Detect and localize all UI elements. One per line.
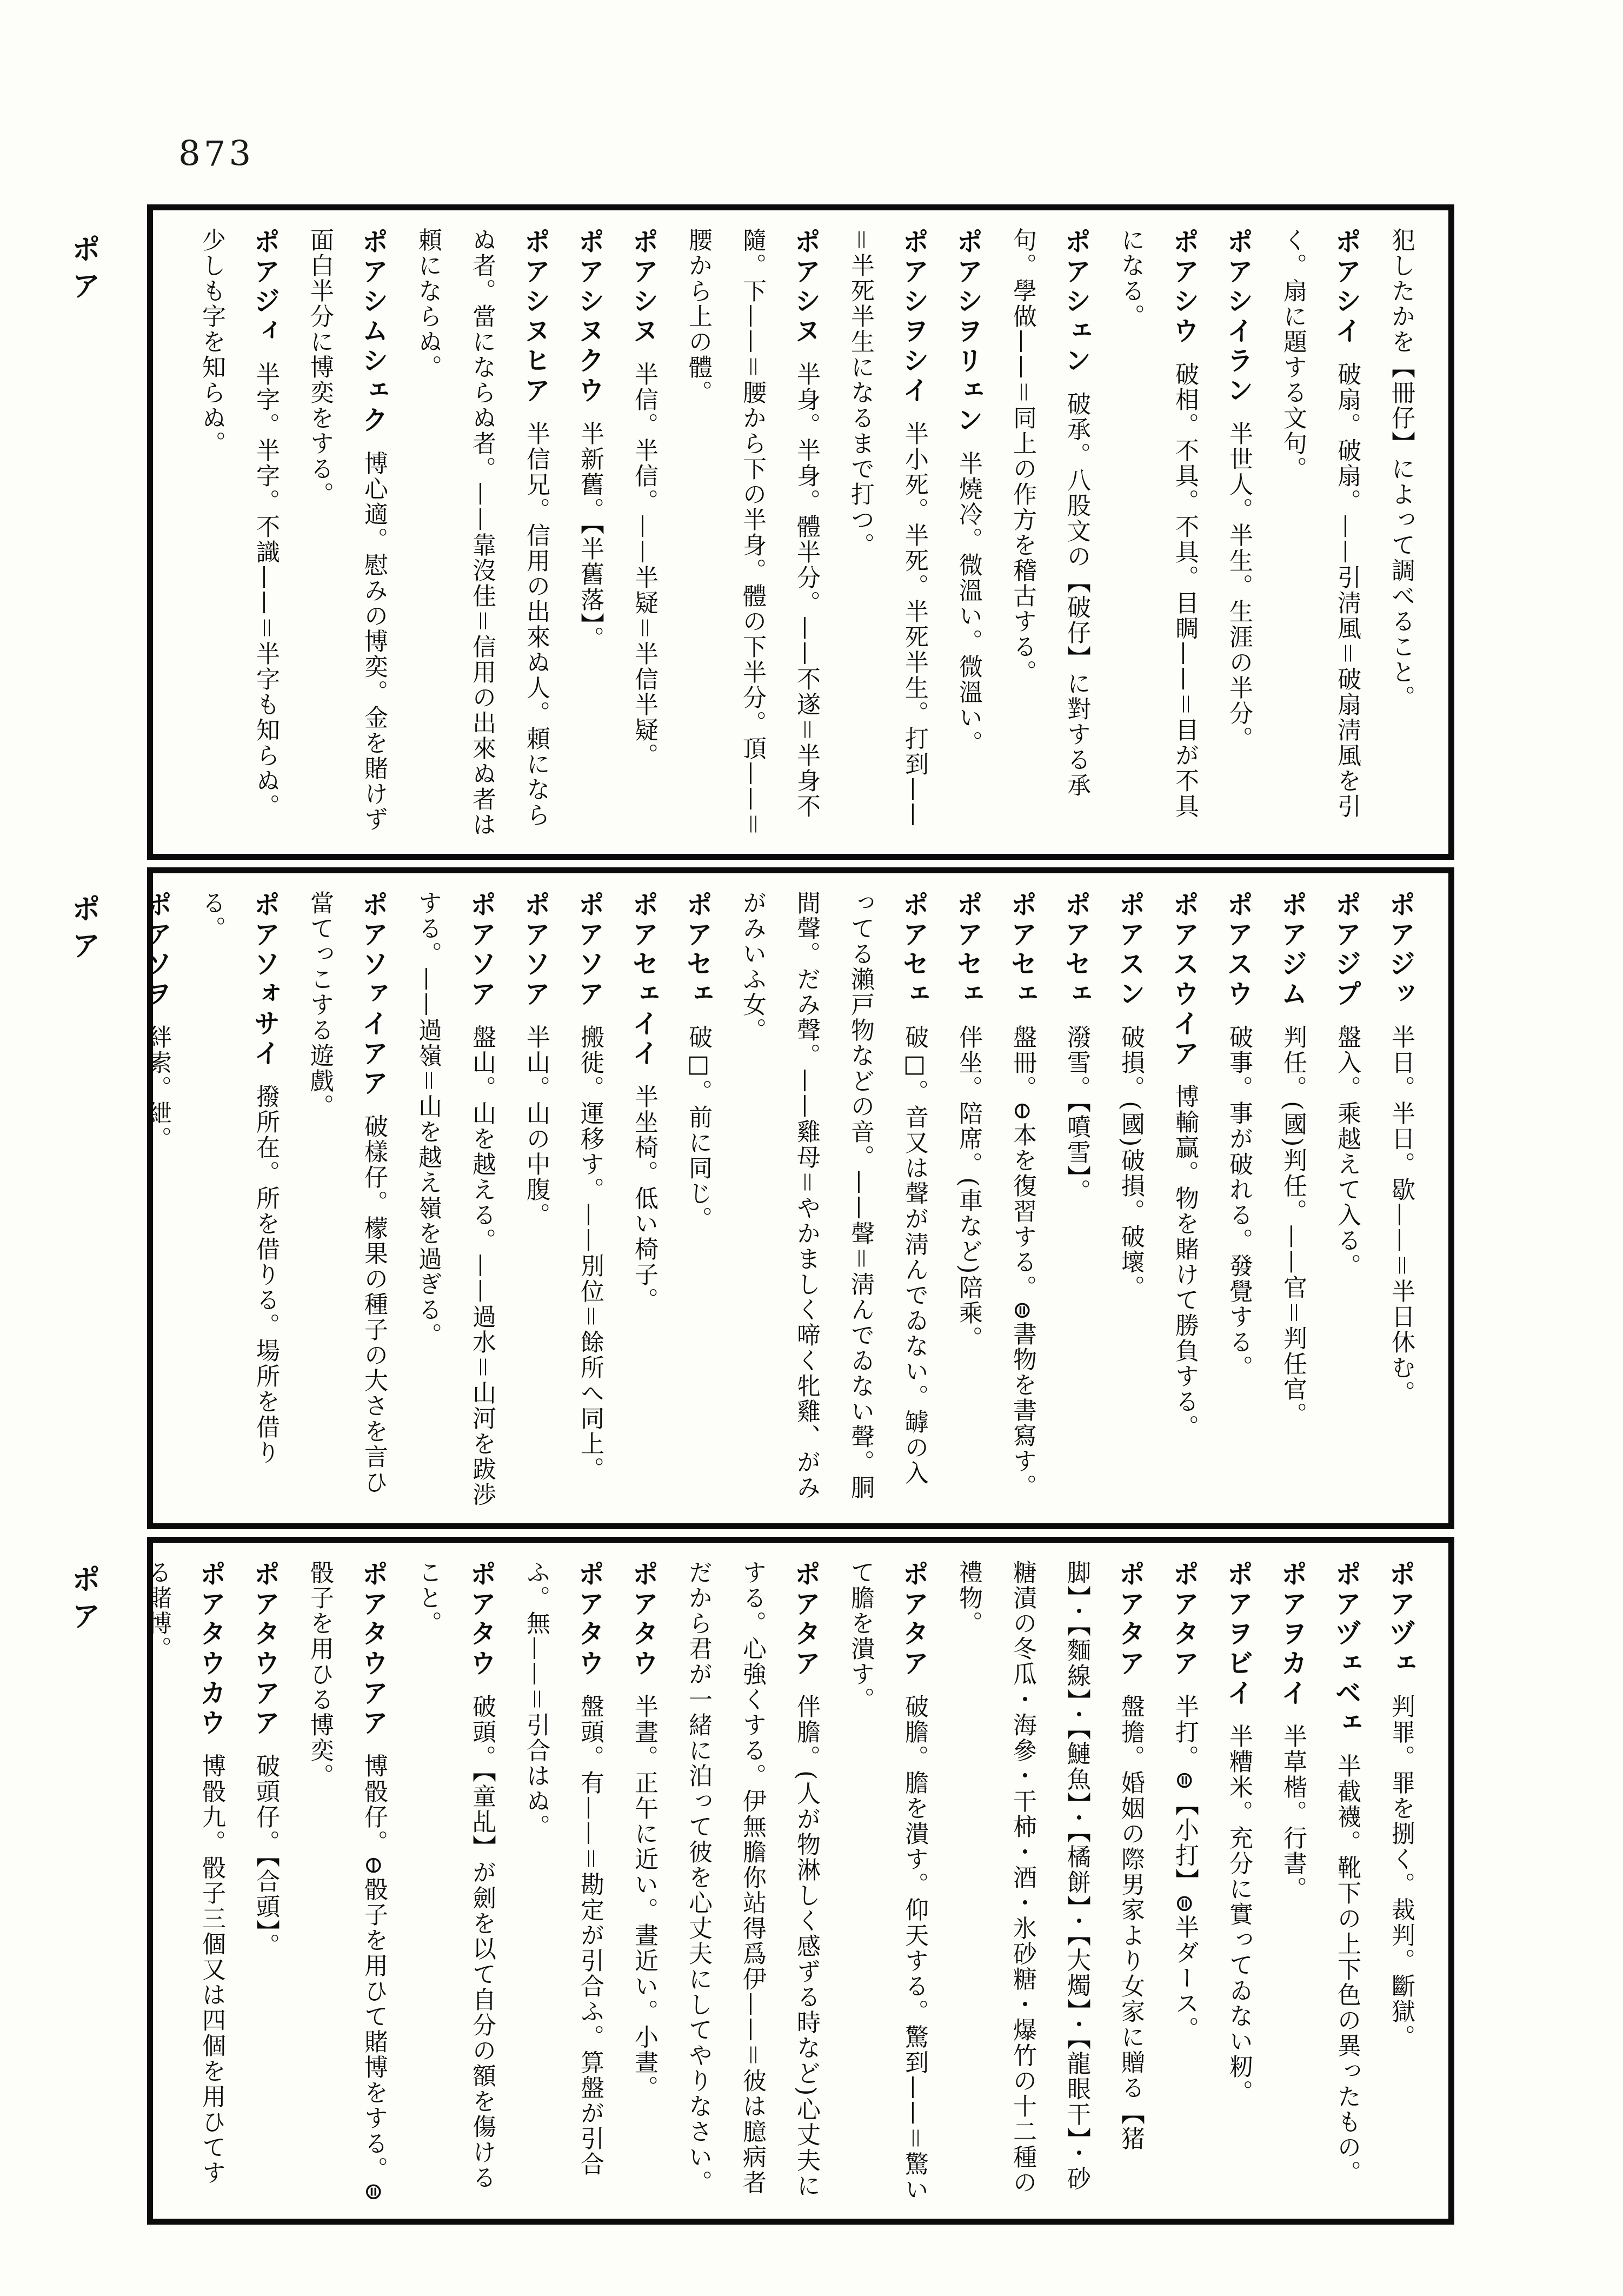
dictionary-entry: ポアシヌ半身。半身。體半分。——不遂＝半身不隨。下——＝腰から下の半身。體の下半… — [671, 228, 833, 839]
entry-definition: 破頭仔。【合頭】。 — [252, 1754, 280, 1959]
entry-headword: ポアソァイアア — [358, 891, 389, 1099]
dictionary-entry: ポアソヲ絆索。紲。 — [153, 891, 184, 1508]
dictionary-entry: ポアソア搬徙。運移す。——別位＝餘所へ同上。 — [563, 891, 617, 1508]
dictionary-entry: 犯したかを【冊仔】によって調べること。 — [1374, 228, 1428, 839]
entry-headword: ポアスウ — [1223, 891, 1254, 1010]
entry-headword: ポアシイラン — [1223, 228, 1254, 406]
entry-headword: ポアジプ — [1331, 891, 1362, 1010]
entry-headword: ポアセェ — [953, 891, 984, 1010]
band-bottom-columns: ポアヅェ判罪。罪を捌く。裁判。斷獄。ポアヅェベェ半截襪。靴下の上下色の異ったもの… — [153, 1543, 1448, 2219]
entry-definition: 盤入。乘越えて入る。 — [1333, 1025, 1361, 1279]
entry-headword: ポアシヌクウ — [574, 228, 606, 406]
dictionary-entry: ポアヲカイ半草楷。行書。 — [1266, 1560, 1320, 2204]
entry-headword: ポアシウ — [1169, 228, 1200, 347]
dictionary-entry: ポアタウアア破頭仔。【合頭】。 — [238, 1560, 292, 2204]
dictionary-entry: ポアヅェ判罪。罪を捌く。裁判。斷獄。 — [1374, 1560, 1428, 2204]
entry-definition: 半草楷。行書。 — [1279, 1724, 1307, 1902]
entry-headword: ポアタウカウ — [196, 1560, 227, 1738]
entry-definition: 半糟米。充分に實ってゐない籾。 — [1225, 1724, 1253, 2105]
margin-guide-word-bottom: ポア — [64, 1564, 105, 1637]
dictionary-entry: ポアスン破損。(國)破損。破壞。 — [1103, 891, 1158, 1508]
entry-headword: ポアソア — [574, 891, 606, 1010]
dictionary-entry: ポアジム判任。(國)判任。——官＝判任官。 — [1266, 891, 1320, 1508]
entry-definition: 半新舊。【半舊落】。 — [576, 421, 604, 652]
dictionary-entry: ポアシイ破扇。破扇。——引淸風＝破扇淸風を引く。扇に題する文句。 — [1266, 228, 1374, 839]
dictionary-entry: ポアシムシェク博心適。慰みの博奕。金を賭けず面白半分に博奕をする。 — [292, 228, 401, 839]
entry-definition: 博輸贏。物を賭けて勝負する。 — [1171, 1084, 1199, 1440]
entry-headword: ポアジィ — [250, 228, 281, 347]
entry-headword: ポアセェ — [1007, 891, 1038, 1010]
dictionary-entry: ポアスウイア博輸贏。物を賭けて勝負する。 — [1158, 891, 1212, 1508]
dictionary-entry: ポアタア破膽。膽を潰す。仰天する。驚到——＝驚いて膽を潰す。 — [833, 1560, 941, 2204]
page-number: 873 — [178, 134, 254, 174]
entry-headword: ポアシェン — [1061, 228, 1092, 376]
dictionary-entry: ポアジィ半字。半字。不識——＝半字も知らぬ。少しも字を知らぬ。 — [184, 228, 292, 839]
entry-headword: ポアシムシェク — [358, 228, 389, 436]
entry-headword: ポアスン — [1115, 891, 1146, 1010]
dictionary-entry: ポアシヌ半信。半信。——半疑＝半信半疑。 — [617, 228, 671, 839]
entry-headword: ポアジム — [1277, 891, 1308, 1010]
entry-definition: 判任。(國)判任。——官＝判任官。 — [1279, 1025, 1307, 1428]
entry-headword: ポアタウアア — [250, 1560, 281, 1738]
entry-headword: ポアジッ — [1385, 891, 1416, 1010]
entry-headword: ポアタウアア — [358, 1560, 389, 1738]
entry-definition: 半山。山の中腹。 — [522, 1025, 550, 1228]
dictionary-entry: ポアソア盤山。山を越える。——過水＝山河を跋渉する。——過嶺＝山を越え嶺を過ぎる… — [401, 891, 509, 1508]
entry-definition: 半信。半信。——半疑＝半信半疑。 — [630, 362, 658, 768]
dictionary-entry: ポアスウ破事。事が破れる。發覺する。 — [1212, 891, 1266, 1508]
entry-definition: 破損。(國)破損。破壞。 — [1117, 1025, 1145, 1300]
entry-definition: 潑雪。【噴雪】。 — [1063, 1025, 1090, 1204]
entry-definition: 半截襪。靴下の上下色の異ったもの。 — [1333, 1754, 1361, 2186]
dictionary-entry: ポアセェ伴坐。陪席。(車など)陪乘。 — [941, 891, 995, 1508]
entry-definition: 破□。前に同じ。 — [684, 1025, 712, 1232]
entry-headword: ポアスウイア — [1169, 891, 1200, 1069]
entry-definition: 犯したかを【冊仔】によって調べること。 — [1387, 228, 1415, 711]
dictionary-entry: ポアシヲリェン半燒冷。微溫い。微溫い。 — [941, 228, 995, 839]
entry-headword: ポアタア — [1169, 1560, 1200, 1679]
entry-headword: ポアセェイイ — [628, 891, 660, 1069]
entry-headword: ポアシヌヒア — [520, 228, 551, 406]
entry-definition: 半燒冷。微溫い。微溫い。 — [955, 451, 982, 756]
entry-headword: ポアタア — [790, 1560, 822, 1679]
entry-headword: ポアタウ — [574, 1560, 606, 1679]
entry-headword: ポアソア — [520, 891, 551, 1010]
entry-headword: ポアソヲ — [153, 891, 173, 1010]
entry-headword: ポアセェ — [682, 891, 714, 1010]
dictionary-entry: ポアシヲシイ半小死。半死。半死半生。打到——＝半死半生になるまで打つ。 — [833, 228, 941, 839]
dictionary-entry: ポアタア盤擔。婚姻の際男家より女家に贈る【猪脚】・【麵線】・【鰱魚】・【橘餅】・… — [941, 1560, 1158, 2204]
entry-definition: 判罪。罪を捌く。裁判。斷獄。 — [1387, 1694, 1415, 2050]
dictionary-entry: ポアタウアア博骰仔。⊖骰子を用ひて賭博をする。⊜骰子を用ひる博奕。 — [292, 1560, 401, 2204]
band-top: 犯したかを【冊仔】によって調べること。ポアシイ破扇。破扇。——引淸風＝破扇淸風を… — [147, 204, 1454, 860]
entry-headword: ポアヅェ — [1385, 1560, 1416, 1679]
dictionary-entry: ポアヅェベェ半截襪。靴下の上下色の異ったもの。 — [1320, 1560, 1374, 2204]
entry-headword: ポアシヲシイ — [899, 228, 930, 406]
entry-headword: ポアシヌ — [628, 228, 660, 347]
dictionary-entry: ポアジッ半日。半日。歇——＝半日休む。 — [1374, 891, 1428, 1508]
dictionary-entry: ポアタア半打。⊜【小打】⊜半ダース。 — [1158, 1560, 1212, 2204]
dictionary-entry: ポアタウ破頭。【童乩】が劍を以て自分の額を傷けること。 — [401, 1560, 509, 2204]
dictionary-entry: ポアセェ破□。音又は聲が淸んでゐない。罅の入ってる瀨戸物などの音。——聲＝淸んで… — [725, 891, 941, 1508]
dictionary-entry: ポアシヌヒア半信兄。信用の出來ぬ人。頼にならぬ者。當にならぬ者。——靠沒佳＝信用… — [401, 228, 563, 839]
dictionary-entry: ポアシウ破相。不具。不具。目睭——＝目が不具になる。 — [1103, 228, 1212, 839]
entry-definition: 半打。⊜【小打】⊜半ダース。 — [1171, 1694, 1199, 2042]
entry-definition: 盤冊。⊖本を復習する。⊜書物を書寫す。 — [1009, 1025, 1036, 1500]
dictionary-entry: ポアソァイアア破樣仔。檬果の種子の大さを言ひ當てっこする遊戲。 — [292, 891, 401, 1508]
margin-guide-word-middle: ポア — [64, 893, 105, 967]
dictionary-page-scan: 873 ポア ポア ポア 犯したかを【冊仔】によって調べること。ポアシイ破扇。破… — [0, 0, 1623, 2296]
dictionary-entry: ポアタウカウ博骰九。骰子三個又は四個を用ひてする賭博。 — [153, 1560, 238, 2204]
entry-headword: ポアヲカイ — [1277, 1560, 1308, 1709]
entry-headword: ポアシヲリェン — [953, 228, 984, 436]
entry-headword: ポアソア — [466, 891, 497, 1010]
dictionary-entry: ポアソア半山。山の中腹。 — [509, 891, 563, 1508]
entry-definition: 破事。事が破れる。發覺する。 — [1225, 1025, 1253, 1381]
dictionary-entry: ポアシイラン半世人。半生。生涯の半分。 — [1212, 228, 1266, 839]
entry-headword: ポアタア — [1115, 1560, 1146, 1679]
entry-headword: ポアシイ — [1331, 228, 1362, 347]
entry-definition: 半坐椅。低い椅子。 — [630, 1084, 658, 1313]
band-middle: ポアジッ半日。半日。歇——＝半日休む。ポアジプ盤入。乘越えて入る。ポアジム判任。… — [147, 867, 1454, 1529]
entry-headword: ポアヅェベェ — [1331, 1560, 1362, 1738]
entry-headword: ポアソォサイ — [250, 891, 281, 1069]
entry-definition: 半日。半日。歇——＝半日休む。 — [1387, 1025, 1415, 1406]
entry-headword: ポアタア — [899, 1560, 930, 1679]
band-bottom: ポアヅェ判罪。罪を捌く。裁判。斷獄。ポアヅェベェ半截襪。靴下の上下色の異ったもの… — [147, 1537, 1454, 2225]
entry-headword: ポアセェ — [1061, 891, 1092, 1010]
dictionary-entry: ポアソォサイ撥所在。所を借りる。場所を借りる。 — [184, 891, 292, 1508]
entry-headword: ポアセェ — [899, 891, 930, 1010]
entry-definition: 半晝。正午に近い。晝近い。小晝。 — [630, 1694, 658, 2101]
margin-guide-word-top: ポア — [64, 234, 105, 307]
entry-headword: ポアヲビイ — [1223, 1560, 1254, 1709]
dictionary-entry: ポアセェ破□。前に同じ。 — [671, 891, 725, 1508]
dictionary-entry: ポアシェン破承。八股文の【破仔】に對する承句。學做——＝同上の作方を稽古する。 — [995, 228, 1103, 839]
entry-headword: ポアシヌ — [790, 228, 822, 347]
entry-definition: 搬徙。運移す。——別位＝餘所へ同上。 — [576, 1025, 604, 1482]
dictionary-entry: ポアタウ盤頭。有——＝勘定が引合ふ。算盤が引合ふ。無——＝引合はぬ。 — [509, 1560, 617, 2204]
dictionary-entry: ポアヲビイ半糟米。充分に實ってゐない籾。 — [1212, 1560, 1266, 2204]
dictionary-entry: ポアセェ潑雪。【噴雪】。 — [1049, 891, 1103, 1508]
entry-definition: 伴坐。陪席。(車など)陪乘。 — [955, 1025, 982, 1351]
entry-definition: 半世人。半生。生涯の半分。 — [1225, 421, 1253, 752]
band-middle-columns: ポアジッ半日。半日。歇——＝半日休む。ポアジプ盤入。乘越えて入る。ポアジム判任。… — [153, 873, 1448, 1523]
entry-headword: ポアタウ — [628, 1560, 660, 1679]
band-top-columns: 犯したかを【冊仔】によって調べること。ポアシイ破扇。破扇。——引淸風＝破扇淸風を… — [153, 210, 1448, 854]
entry-headword: ポアタウ — [466, 1560, 497, 1679]
dictionary-entry: ポアタウ半晝。正午に近い。晝近い。小晝。 — [617, 1560, 671, 2204]
dictionary-entry: ポアジプ盤入。乘越えて入る。 — [1320, 891, 1374, 1508]
entry-definition: 絆索。紲。 — [153, 1025, 171, 1152]
dictionary-entry: ポアセェイイ半坐椅。低い椅子。 — [617, 891, 671, 1508]
dictionary-entry: ポアセェ盤冊。⊖本を復習する。⊜書物を書寫す。 — [995, 891, 1049, 1508]
dictionary-entry: ポアシヌクウ半新舊。【半舊落】。 — [563, 228, 617, 839]
dictionary-entry: ポアタア伴膽。(人が物淋しく感ずる時など)心丈夫にする。心強くする。伊無膽你站得… — [671, 1560, 833, 2204]
